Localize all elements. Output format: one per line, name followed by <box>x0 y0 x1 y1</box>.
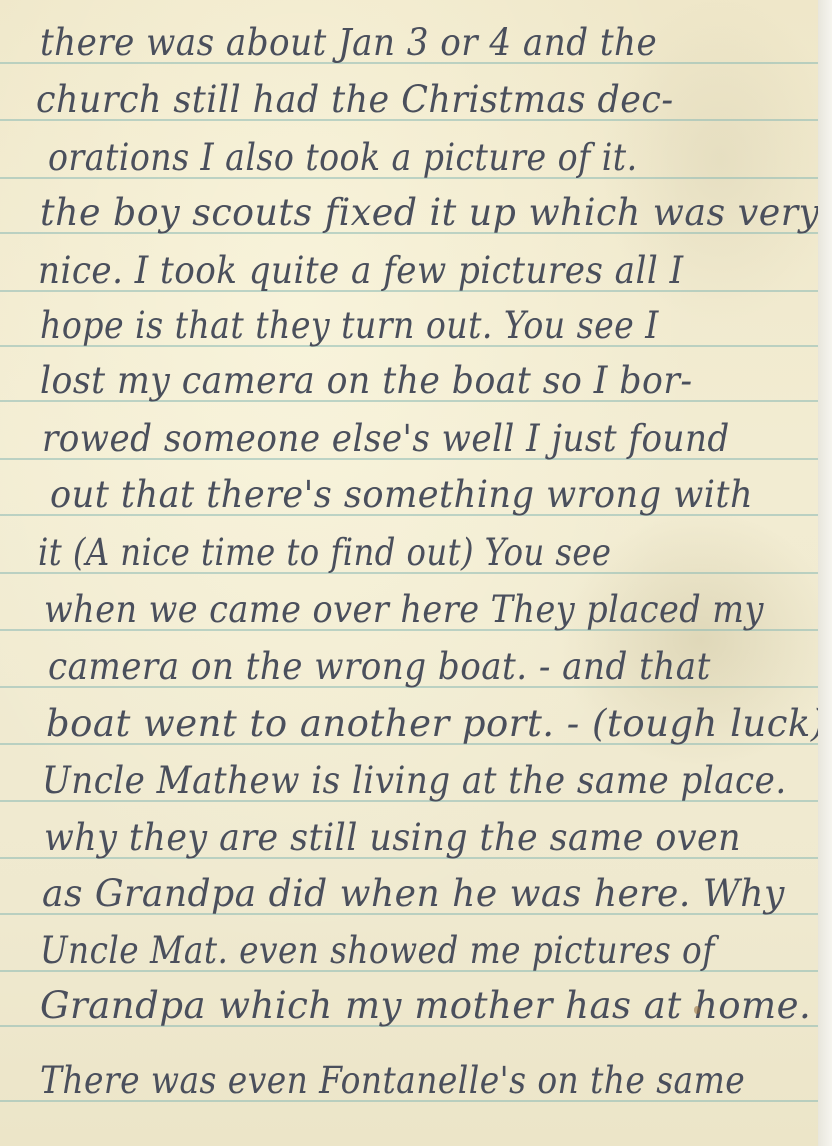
text-line: there was about Jan 3 or 4 and the <box>40 24 760 61</box>
text-line: hope is that they turn out. You see I <box>40 307 740 344</box>
text-line: lost my camera on the boat so I bor- <box>40 362 770 399</box>
text-line: boat went to another port. - (tough luck… <box>46 705 825 742</box>
text-line: Grandpa which my mother has at home. <box>40 987 820 1024</box>
text-line: camera on the wrong boat. - and that <box>48 648 768 685</box>
text-line: nice. I took quite a few pictures all I <box>38 252 758 289</box>
scan-edge <box>818 0 832 1146</box>
paper-stain <box>694 1006 700 1014</box>
text-line: as Grandpa did when he was here. Why <box>42 875 802 912</box>
text-line: Uncle Mat. even showed me pictures of <box>40 932 730 969</box>
text-line: Uncle Mathew is living at the same place… <box>42 762 762 799</box>
text-line: out that there's something wrong with <box>50 476 790 513</box>
text-line: rowed someone else's well I just found <box>42 420 762 457</box>
text-line: There was even Fontanelle's on the same <box>40 1062 733 1099</box>
text-line: the boy scouts fixed it up which was ver… <box>40 194 806 231</box>
text-line: why they are still using the same oven <box>44 819 779 856</box>
text-line: when we came over here They placed my <box>44 591 751 628</box>
text-line: orations I also took a picture of it. <box>48 139 748 176</box>
text-line: church still had the Christmas dec- <box>36 81 771 118</box>
text-line: it (A nice time to find out) You see <box>38 534 718 571</box>
letter-page: there was about Jan 3 or 4 and the churc… <box>0 0 818 1146</box>
